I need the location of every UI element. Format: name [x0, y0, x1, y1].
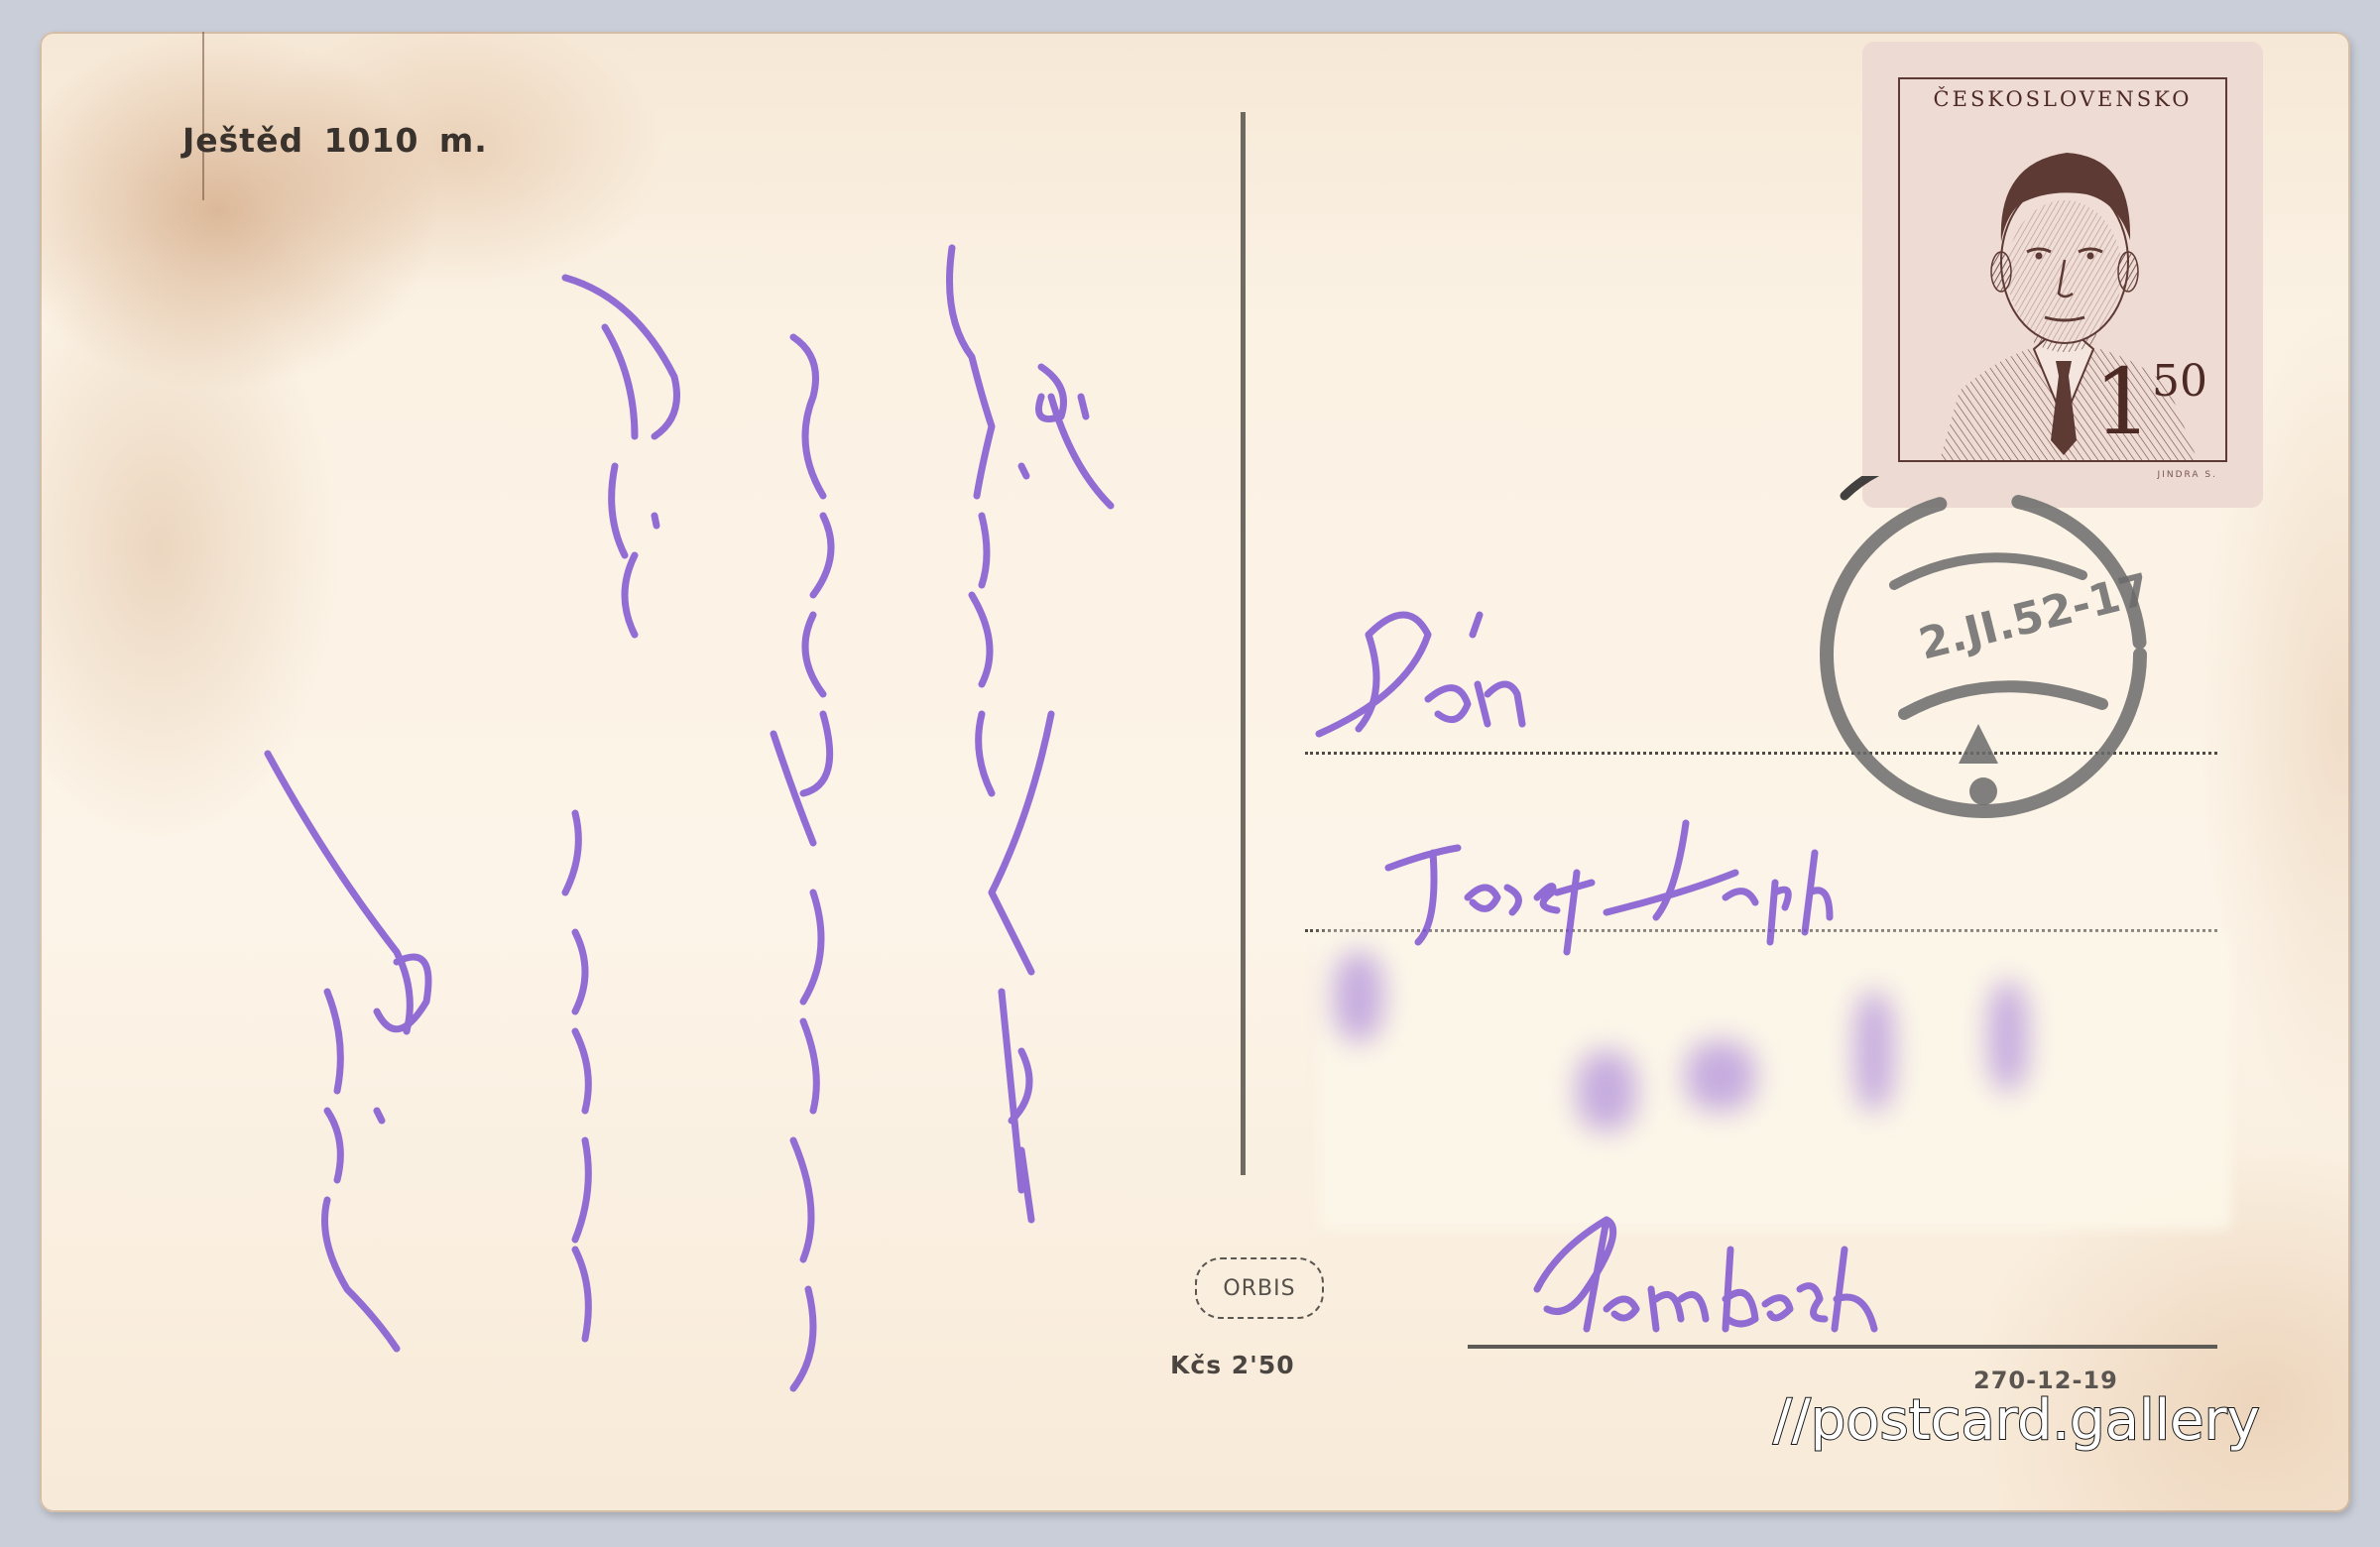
postmark-cancellation-icon: 2.JI.52-17 — [1805, 476, 2162, 833]
corner-crease — [202, 32, 204, 200]
center-divider-line — [1241, 112, 1246, 1175]
svg-text:2.JI.52-17: 2.JI.52-17 — [1914, 564, 2155, 670]
redacted-address-region — [1319, 932, 2231, 1230]
redacted-ink-blob — [1854, 992, 1894, 1111]
postcard-price: Kčs 2'50 — [1170, 1351, 1295, 1379]
address-line-4 — [1468, 1345, 2217, 1349]
stamp-frame: ČESKOSLOVENSKO — [1898, 77, 2227, 462]
stamp-engraver: JINDRA S. — [2158, 470, 2217, 480]
publisher-logo: ORBIS — [1195, 1257, 1324, 1319]
postcard-title: Ještěd 1010 m. — [182, 121, 488, 160]
postage-stamp: ČESKOSLOVENSKO — [1868, 48, 2257, 502]
redacted-ink-blob — [1577, 1051, 1636, 1130]
stamp-value: 150 — [2093, 356, 2207, 448]
redacted-ink-blob — [1334, 952, 1383, 1041]
watermark: //postcard.gallery — [1773, 1388, 2260, 1453]
redacted-ink-blob — [1988, 982, 2028, 1091]
redacted-ink-blob — [1686, 1041, 1755, 1111]
stamp-country: ČESKOSLOVENSKO — [1900, 87, 2225, 111]
